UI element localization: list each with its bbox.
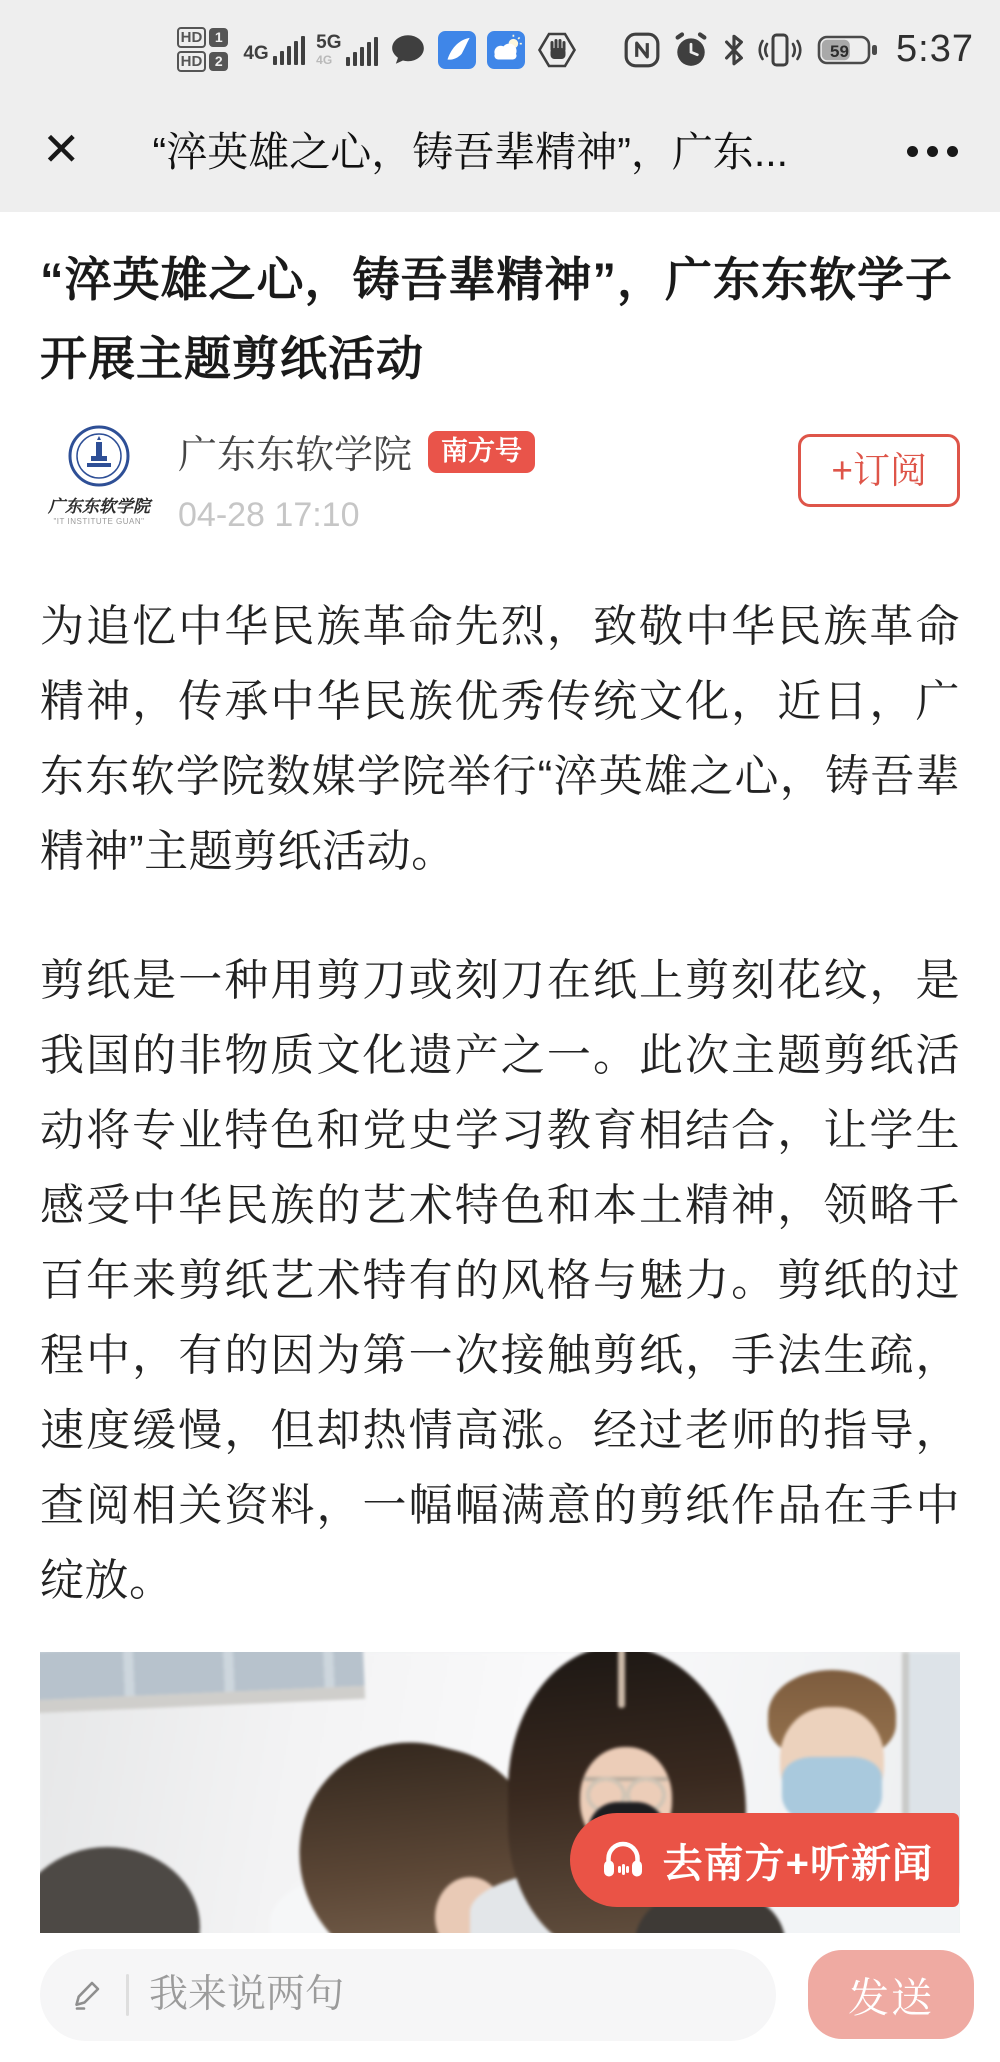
more-menu-icon[interactable] (907, 140, 958, 157)
comment-bar: 发送 (0, 1933, 1000, 2062)
weather-app-icon (487, 31, 525, 69)
bluetooth-icon (721, 31, 747, 69)
paragraph-1: 为追忆中华民族革命先烈，致敬中华民族革命精神，传承中华民族优秀传统文化，近日，广… (40, 589, 960, 889)
comment-input[interactable] (149, 1973, 748, 2017)
publisher-logo-subtext: "IT INSTITUTE GUAN" (53, 517, 144, 526)
battery-level-text: 59 (830, 42, 849, 61)
hd-voice-icons: HD 1 HD 2 (177, 27, 229, 72)
sim2-number: 2 (209, 52, 228, 71)
publisher-logo-text: 广东东软学院 (48, 492, 150, 517)
pencil-icon (68, 1976, 106, 2014)
article-body: 为追忆中华民族革命先烈，致敬中华民族革命精神，传承中华民族优秀传统文化，近日，广… (40, 589, 960, 1618)
status-bar: HD 1 HD 2 4G 5G 4G 59 5:37 (0, 0, 1000, 85)
close-icon[interactable]: ✕ (42, 126, 81, 172)
publisher-logo[interactable]: 广东东软学院 "IT INSTITUTE GUAN" (40, 424, 158, 526)
listen-news-label: 去南方+听新闻 (663, 1832, 933, 1889)
battery-icon: 59 (817, 32, 879, 68)
article-title: “淬英雄之心，铸吾辈精神”，广东东软学子开展主题剪纸活动 (40, 212, 960, 398)
publisher-emblem-icon (67, 424, 131, 488)
author-name[interactable]: 广东东软学院 (178, 424, 412, 480)
listen-news-button[interactable]: 去南方+听新闻 (570, 1813, 959, 1907)
nanfanghao-badge: 南方号 (428, 431, 535, 473)
signal-4g-icon: 4G (243, 35, 305, 65)
nav-bar: ✕ “淬英雄之心，铸吾辈精神”，广东... (0, 85, 1000, 212)
input-divider (126, 1974, 129, 2016)
article-photo[interactable]: 去南方+听新闻 (40, 1652, 960, 1952)
alarm-clock-icon (672, 31, 710, 69)
photo-artwork (40, 1652, 960, 1952)
page-title: “淬英雄之心，铸吾辈精神”，广东... (153, 119, 907, 178)
signal-5g-icon: 5G 4G (316, 33, 378, 66)
photo-person-center-hairpart (618, 1652, 625, 1708)
hd1-icon: HD (177, 27, 207, 48)
clock-time: 5:37 (896, 28, 974, 71)
hd2-icon: HD (177, 51, 207, 72)
message-bubble-icon (389, 31, 427, 69)
paragraph-2: 剪纸是一种用剪刀或刻刀在纸上剪刻花纹，是我国的非物质文化遗产之一。此次主题剪纸活… (40, 943, 960, 1618)
author-info: 广东东软学院 南方号 04-28 17:10 (178, 424, 798, 535)
article-container: “淬英雄之心，铸吾辈精神”，广东东软学子开展主题剪纸活动 广东东软学院 "IT … (0, 212, 1000, 1952)
sim1-number: 1 (209, 28, 228, 47)
send-button[interactable]: 发送 (808, 1950, 974, 2039)
headphones-icon (600, 1839, 646, 1881)
do-not-disturb-hand-icon (536, 31, 578, 69)
vibrate-icon (758, 31, 802, 69)
comment-input-pill[interactable] (40, 1949, 776, 2041)
subscribe-button[interactable]: +订阅 (798, 434, 960, 507)
publish-date: 04-28 17:10 (178, 496, 798, 535)
wing-app-icon (438, 31, 476, 69)
author-row: 广东东软学院 "IT INSTITUTE GUAN" 广东东软学院 南方号 04… (40, 424, 960, 535)
nfc-icon (623, 31, 661, 69)
